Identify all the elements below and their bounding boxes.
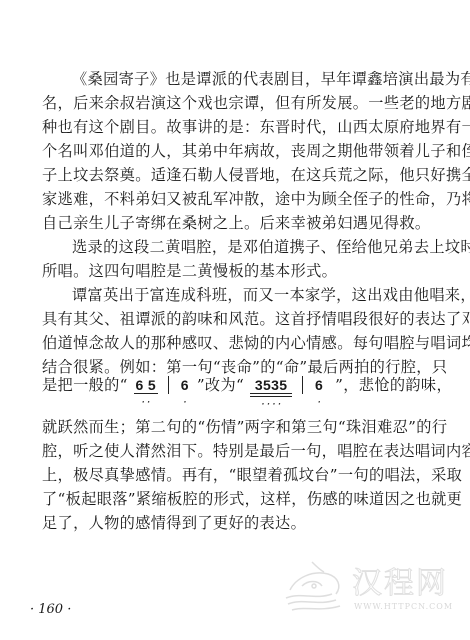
- text-line: 选录的这段二黄唱腔，是邓伯道携子、侄给他兄弟去上坟时: [72, 238, 434, 256]
- notation-phrase2a: 3535· · · ·: [250, 376, 292, 394]
- notation-prefix: 是把一般的“: [42, 376, 128, 394]
- barline: [168, 376, 169, 394]
- text-line: 了“板起眼落”紧缩板腔的形式，这样，伤感的味道因之也就更: [42, 490, 434, 508]
- text-line: 所唱。这四句唱腔是二黄慢板的基本形式。: [42, 262, 434, 280]
- text-line: 个名叫邓伯道的人，其弟中年病故，丧周之期他带领着儿子和侄: [42, 142, 434, 160]
- text-line: 就跃然而生；第二句的“伤情”两字和第三句“珠泪难忍”的行: [42, 418, 434, 436]
- watermark: 汉程网 WWW.HTTPCN.COM: [282, 556, 452, 618]
- text-line: 名，后来余叔岩演这个戏也宗谭，但有所发展。一些老的地方剧: [42, 94, 434, 112]
- text-line: 具有其父、祖谭派的韵味和风范。这首抒情唱段很好的表达了邓: [42, 310, 434, 328]
- notation-suffix: ”，悲怆的韵味，: [335, 376, 452, 394]
- notation-phrase1a: 6 5· ·: [134, 376, 158, 394]
- notation-phrase1b: 6·: [179, 376, 191, 394]
- book-page: 《桑园寄子》也是谭派的代表剧目，早年谭鑫培演出最为有名，后来余叔岩演这个戏也宗谭…: [0, 0, 470, 640]
- text-line: 上，极尽真挚感情。再有，“眼望着孤坟台”一句的唱法，采取: [42, 466, 434, 484]
- text-line: 谭富英出于富连成科班，而又一本家学，这出戏由他唱来，: [72, 286, 434, 304]
- notation-phrase2b: 6·: [313, 376, 325, 394]
- text-line: 伯道悼念故人的那种感叹、悲恸的内心情感。每句唱腔与唱词均: [42, 334, 434, 352]
- page-number: · 160 ·: [30, 602, 71, 617]
- barline: [302, 376, 303, 394]
- text-line: 结合很紧。例如：第一句“丧命”的“命”最后两拍的行腔，只: [42, 358, 434, 376]
- fish-wave-logo-icon: [282, 556, 350, 616]
- text-line: 子上坟去祭奠。适逢石勒人侵晋地，在这兵荒之际，他只好携全: [42, 166, 434, 184]
- text-line: 自己亲生儿子寄绑在桑树之上。后来幸被弟妇遇见得救。: [42, 214, 434, 232]
- notation-line: 是把一般的“6 5· ·6·”改为“3535· · · ·6·”，悲怆的韵味，: [42, 376, 452, 394]
- text-line: 足了，人物的感情得到了更好的表达。: [42, 514, 434, 532]
- watermark-url: WWW.HTTPCN.COM: [354, 602, 453, 611]
- text-line: 《桑园寄子》也是谭派的代表剧目，早年谭鑫培演出最为有: [72, 70, 434, 88]
- text-line: 家逃难，不料弟妇又被乱军冲散，途中为顾全侄子的性命，乃将: [42, 190, 434, 208]
- notation-middle: ”改为“: [197, 376, 244, 394]
- text-line: 腔，听之使人潸然泪下。特别是最后一句，唱腔在表达唱词内容: [42, 442, 434, 460]
- text-line: 种也有这个剧目。故事讲的是：东晋时代，山西太原府地界有一: [42, 118, 434, 136]
- watermark-name: 汉程网: [352, 558, 448, 602]
